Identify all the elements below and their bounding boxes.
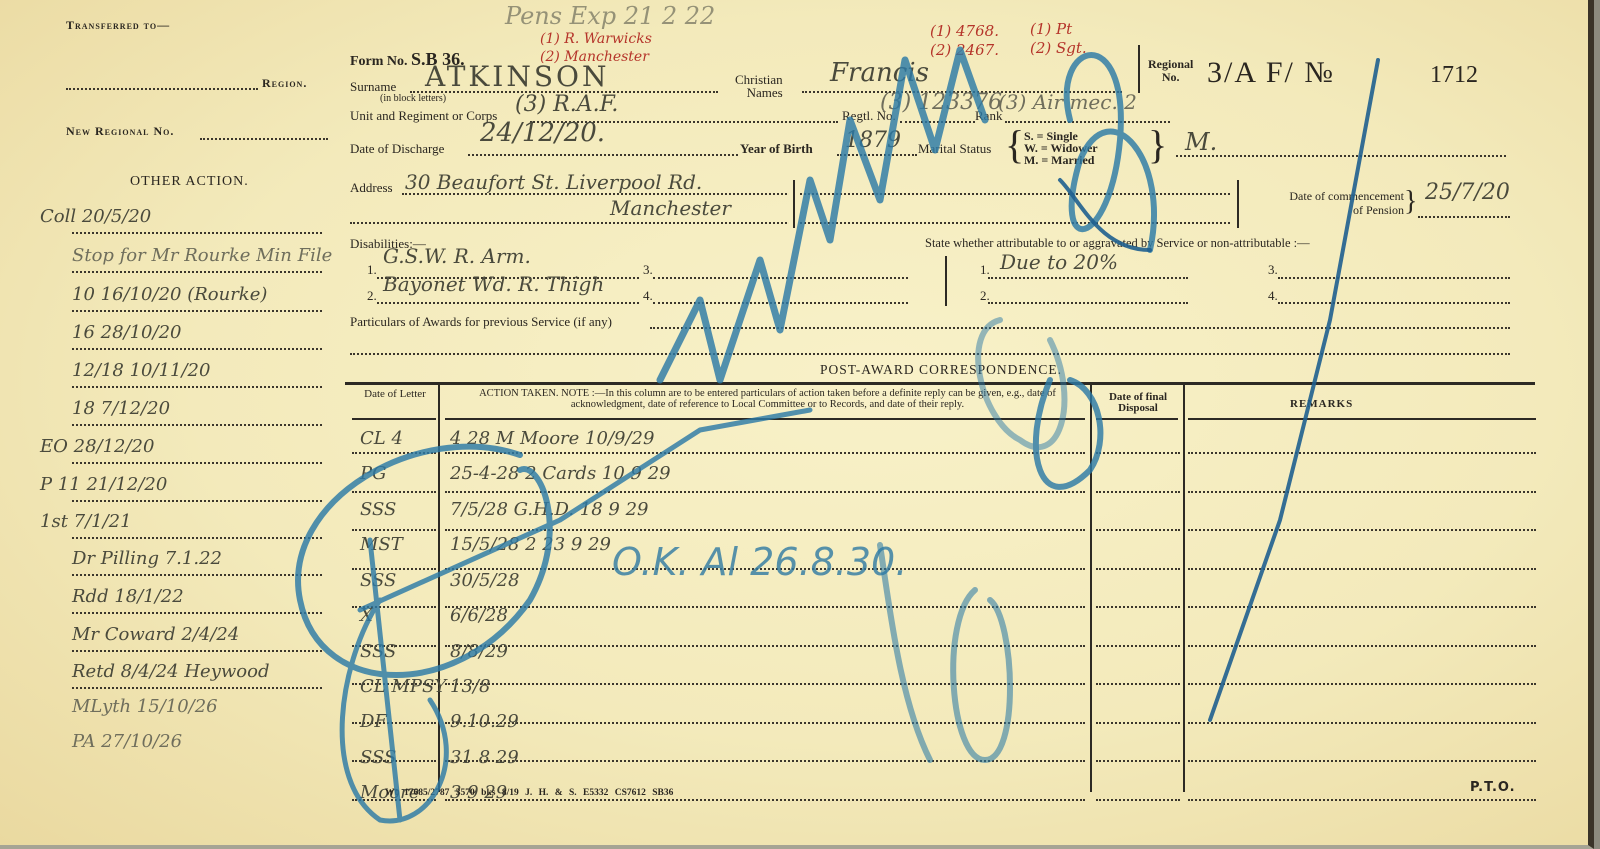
other-action-entry[interactable]: MLyth 15/10/26 — [72, 696, 218, 717]
region-label: Region. — [262, 76, 307, 91]
top-note: Pens Exp 21 2 22 — [505, 2, 715, 30]
table-row-line — [1188, 760, 1536, 762]
row-date-of-letter: SSS — [360, 570, 396, 591]
other-action-line — [72, 574, 322, 576]
table-row-line — [445, 491, 1085, 493]
awards-label: Particulars of Awards for previous Servi… — [350, 314, 612, 330]
other-action-entry[interactable]: 16 28/10/20 — [72, 322, 181, 343]
col-remarks: REMARKS — [1290, 398, 1353, 410]
row-date-of-letter: SSS — [360, 641, 396, 662]
row-action-taken: 8/8/29 — [450, 641, 508, 662]
regional-label-2: No. — [1148, 71, 1193, 84]
row-action-taken: 4 28 M Moore 10/9/29 — [450, 428, 654, 449]
attr-value-1[interactable]: Due to 20% — [1000, 250, 1118, 274]
other-action-entry[interactable]: Coll 20/5/20 — [40, 206, 151, 227]
unit-notes: (1) R. Warwicks (2) Manchester — [540, 30, 652, 66]
other-action-line — [72, 424, 322, 426]
row-action-taken: 9.10.29 — [450, 711, 519, 732]
disability-line-2 — [377, 302, 639, 304]
header-rule-4 — [1188, 418, 1536, 420]
row-date-of-letter: CL 4 — [360, 428, 403, 449]
pension-label-1: Date of commencement — [1262, 189, 1404, 203]
table-row-line — [352, 452, 436, 454]
christian-label-2: Names — [735, 86, 783, 99]
table-row-line — [1188, 452, 1536, 454]
pension-label-2: of Pension — [1262, 203, 1404, 217]
table-row-line — [1188, 491, 1536, 493]
attr-num-1: 1. — [980, 262, 990, 278]
col-date-letter: Date of Letter — [350, 388, 440, 400]
table-row-line — [1188, 683, 1536, 685]
surname-sublabel: (in block letters) — [380, 93, 446, 104]
other-action-line — [72, 386, 322, 388]
awards-line-2 — [350, 353, 1510, 355]
col-divider-3 — [1183, 382, 1185, 792]
address-extra-2 — [800, 222, 1230, 224]
rank-value[interactable]: (3) Air mec. 2 — [998, 90, 1137, 114]
unit-value[interactable]: (3) R.A.F. — [515, 92, 618, 117]
disability-num-4: 4. — [643, 288, 653, 304]
pto-label: P.T.O. — [1470, 780, 1516, 795]
col-final-disposal: Date of final Disposal — [1093, 392, 1183, 414]
header-rule-2 — [445, 418, 1085, 420]
row-date-of-letter: X — [360, 605, 373, 626]
other-action-line — [72, 348, 322, 350]
table-row-line — [1188, 529, 1536, 531]
table-row-line — [445, 799, 1085, 801]
other-action-entry[interactable]: 10 16/10/20 (Rourke) — [72, 284, 267, 305]
header-rule-1 — [352, 418, 436, 420]
unit-label: Unit and Regiment or Corps — [350, 108, 497, 124]
table-row-line — [1096, 452, 1180, 454]
other-action-entry[interactable]: 18 7/12/20 — [72, 398, 170, 419]
pension-record-card: Transferred to— Region. New Regional No.… — [0, 0, 1594, 849]
table-row-line — [1096, 799, 1180, 801]
form-no-label: Form No. — [350, 54, 408, 69]
other-action-entry[interactable]: P 11 21/12/20 — [40, 474, 167, 495]
regtl-no-notes: (1) 4768. (2) 2467. — [930, 22, 999, 60]
other-action-line — [72, 650, 322, 652]
discharge-line — [468, 154, 738, 156]
region-line — [66, 88, 258, 90]
regtl-line — [900, 121, 975, 123]
other-action-line — [72, 232, 322, 234]
row-date-of-letter: PG — [360, 463, 387, 484]
regional-divider — [1138, 45, 1140, 93]
marital-line — [1176, 155, 1506, 157]
row-action-taken: 15/5/28 2 23 9 29 — [450, 534, 611, 555]
col-divider-2 — [1090, 382, 1092, 792]
table-row-line — [1188, 568, 1536, 570]
pension-label: Date of commencement of Pension — [1262, 189, 1404, 217]
brace-right: } — [1148, 125, 1167, 165]
table-row-line — [352, 529, 436, 531]
table-row-line — [352, 491, 436, 493]
table-row-line — [1096, 529, 1180, 531]
table-row-line — [445, 529, 1085, 531]
row-date-of-letter: DF — [360, 711, 387, 732]
attributable-label: State whether attributable to or aggrava… — [925, 236, 1310, 251]
transferred-to-label: Transferred to— — [66, 18, 170, 33]
rank-note-2: (2) Sgt. — [1030, 39, 1087, 58]
regional-no-value: 1712 — [1430, 62, 1478, 89]
table-row-line — [445, 645, 1085, 647]
overlay-note-text: O.K. Al 26.8.30. — [612, 540, 907, 584]
table-row-line — [445, 760, 1085, 762]
other-action-entry[interactable]: Mr Coward 2/4/24 — [72, 624, 239, 645]
table-row-line — [1096, 568, 1180, 570]
other-action-line — [72, 612, 322, 614]
marital-options: S. = Single W. = Widower M. = Married — [1024, 130, 1098, 166]
table-row-line — [1188, 606, 1536, 608]
table-row-line — [1188, 645, 1536, 647]
marital-label: Marital Status — [918, 141, 991, 157]
address-line-2 — [350, 222, 787, 224]
rank-line — [1005, 121, 1170, 123]
other-action-entry[interactable]: PA 27/10/26 — [72, 731, 182, 752]
row-action-taken: 6/6/28 — [450, 605, 508, 626]
table-row-line — [1188, 799, 1536, 801]
row-action-taken: 25-4-28 2 Cards 10 9 29 — [450, 463, 671, 484]
unit-note-1: (1) R. Warwicks — [540, 30, 652, 48]
attr-line-2 — [988, 302, 1188, 304]
row-action-taken: 31 8 29 — [450, 747, 519, 768]
row-date-of-letter: SSS — [360, 747, 396, 768]
other-action-entry[interactable]: Stop for Mr Rourke Min File — [72, 245, 332, 266]
discharge-value[interactable]: 24/12/20. — [480, 118, 605, 148]
disability-value-1[interactable]: G.S.W. R. Arm. — [383, 244, 531, 268]
pension-divider — [1237, 180, 1239, 228]
attr-num-3: 3. — [1268, 262, 1278, 278]
disability-line-3 — [653, 277, 908, 279]
other-action-line — [72, 500, 322, 502]
rank-notes: (1) Pt (2) Sgt. — [1030, 20, 1087, 58]
other-action-line — [72, 310, 322, 312]
col-action: ACTION TAKEN. NOTE :—In this column are … — [450, 388, 1085, 410]
pension-brace: } — [1404, 188, 1417, 216]
discharge-label: Date of Discharge — [350, 141, 444, 157]
regional-no-prefix: 3/A F/ № — [1207, 56, 1335, 90]
table-row-line — [1096, 760, 1180, 762]
birth-label: Year of Birth — [740, 141, 813, 157]
table-row-line — [445, 452, 1085, 454]
row-action-taken: 7/5/28 G.H.D. 18 9 29 — [450, 499, 648, 520]
other-action-entry[interactable]: Dr Pilling 7.1.22 — [72, 548, 222, 569]
attributable-divider — [945, 256, 947, 306]
header-rule-3 — [1096, 418, 1178, 420]
other-action-line — [72, 687, 322, 689]
other-action-entry[interactable]: 12/18 10/11/20 — [72, 360, 210, 381]
regtl-note-2: (2) 2467. — [930, 41, 999, 60]
other-action-entry[interactable]: Retd 8/4/24 Heywood — [72, 661, 269, 682]
awards-line-1 — [650, 327, 1510, 329]
table-top-rule — [345, 382, 1535, 385]
other-action-heading: OTHER ACTION. — [130, 174, 249, 190]
other-action-line — [72, 462, 322, 464]
marital-option-married: M. = Married — [1024, 154, 1098, 166]
table-row-line — [445, 722, 1085, 724]
disability-value-2[interactable]: Bayonet Wd. R. Thigh — [383, 272, 604, 296]
row-date-of-letter: MST — [360, 534, 403, 555]
other-action-entry[interactable]: EO 28/12/20 — [40, 436, 154, 457]
new-regional-no-line — [200, 138, 328, 140]
address-line1-value[interactable]: 30 Beaufort St. Liverpool Rd. — [405, 170, 702, 194]
other-action-entry[interactable]: Rdd 18/1/22 — [72, 586, 184, 607]
overlay-note-ok: O.K. Al 26.8.30. — [612, 540, 907, 584]
brace-left: { — [1005, 125, 1024, 165]
table-row-line — [445, 606, 1085, 608]
rank-note-1: (1) Pt — [1030, 20, 1087, 39]
unit-note-2: (2) Manchester — [540, 48, 652, 66]
row-date-of-letter: CL MPSY — [360, 676, 446, 697]
disability-num-3: 3. — [643, 262, 653, 278]
table-row-line — [1096, 606, 1180, 608]
christian-names-value[interactable]: Francis — [830, 58, 929, 88]
table-row-line — [445, 683, 1085, 685]
disability-num-2: 2. — [367, 288, 377, 304]
printer-line: Wt 17685/2787 3570 bks 8/19 J. H. & S. E… — [385, 788, 673, 798]
other-action-line — [72, 271, 322, 273]
attr-line-4 — [1278, 302, 1510, 304]
col-divider-1 — [438, 382, 440, 792]
regtl-note-1: (1) 4768. — [930, 22, 999, 41]
disability-line-4 — [653, 302, 908, 304]
correspondence-title: POST-AWARD CORRESPONDENCE. — [820, 362, 1062, 378]
row-action-taken: 30/5/28 — [450, 570, 519, 591]
birth-value[interactable]: 1879 — [845, 128, 901, 153]
attr-line-1 — [988, 277, 1188, 279]
regional-label: Regional No. — [1148, 58, 1193, 84]
attr-line-3 — [1278, 277, 1510, 279]
table-row-line — [1096, 722, 1180, 724]
row-action-taken: 13/8 — [450, 676, 490, 697]
blue-crayon-scribbles — [0, 0, 1588, 845]
table-row-line — [1096, 683, 1180, 685]
table-row-line — [1188, 722, 1536, 724]
other-action-entry[interactable]: 1st 7/1/21 — [40, 511, 132, 532]
attr-num-4: 4. — [1268, 288, 1278, 304]
table-row-line — [1096, 491, 1180, 493]
birth-line — [837, 154, 917, 156]
row-date-of-letter: SSS — [360, 499, 396, 520]
address-line2-value[interactable]: Manchester — [610, 196, 731, 220]
address-extra-1 — [800, 193, 1230, 195]
disability-num-1: 1. — [367, 262, 377, 278]
marital-value[interactable]: M. — [1185, 128, 1217, 156]
new-regional-no-label: New Regional No. — [66, 124, 174, 139]
pension-line — [1418, 216, 1510, 218]
address-divider — [793, 180, 795, 228]
pension-value[interactable]: 25/7/20 — [1425, 180, 1510, 205]
address-label: Address — [350, 180, 393, 196]
christian-names-label: Christian Names — [735, 73, 783, 99]
other-action-line — [72, 537, 322, 539]
table-row-line — [1096, 645, 1180, 647]
